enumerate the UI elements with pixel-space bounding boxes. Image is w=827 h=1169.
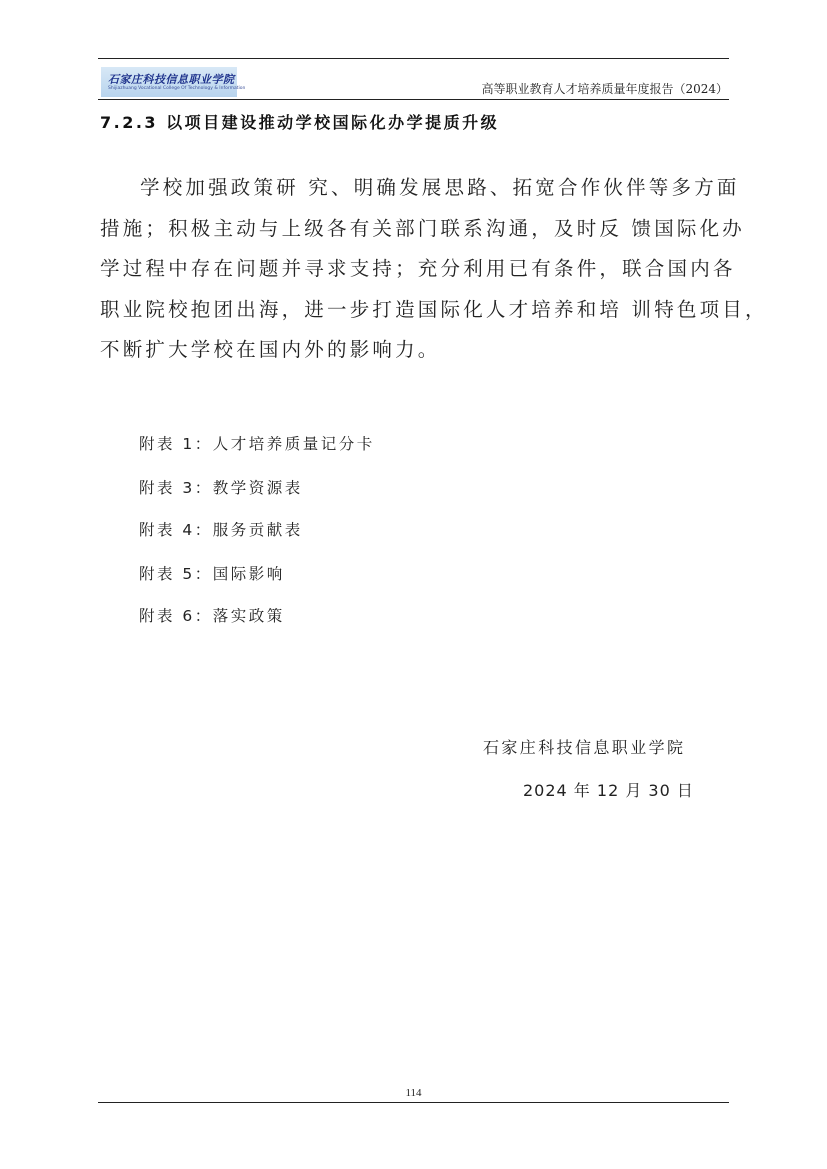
page-number: 114 xyxy=(0,1087,827,1099)
signature-date: 2024 年 12 月 30 日 xyxy=(523,778,694,801)
header-bottom-rule xyxy=(98,99,729,100)
report-title: 高等职业教育人才培养质量年度报告（2024） xyxy=(481,80,728,97)
logo-name-en: Shijiazhuang Vocational College Of Techn… xyxy=(108,86,245,92)
appendix-item: 附表 6：落实政策 xyxy=(139,604,285,626)
body-paragraph: 学校加强政策研 究、明确发展思路、拓宽合作伙伴等多方面 措施；积极主动与上级各有… xyxy=(100,168,752,371)
section-heading: 7.2.3 以项目建设推动学校国际化办学提质升级 xyxy=(100,110,499,133)
header-top-rule xyxy=(98,58,729,59)
logo-name-cn: 石家庄科技信息职业学院 xyxy=(108,73,245,86)
paragraph-line: 学校加强政策研 究、明确发展思路、拓宽合作伙伴等多方面 xyxy=(100,168,752,209)
paragraph-line: 学过程中存在问题并寻求支持；充分利用已有条件，联合国内各 xyxy=(100,249,752,290)
footer-rule xyxy=(98,1102,729,1103)
appendix-item: 附表 4：服务贡献表 xyxy=(139,518,303,540)
paragraph-line: 措施；积极主动与上级各有关部门联系沟通，及时反 馈国际化办 xyxy=(100,209,752,250)
school-logo: 石家庄科技信息职业学院 Shijiazhuang Vocational Coll… xyxy=(101,67,237,97)
appendix-item: 附表 1：人才培养质量记分卡 xyxy=(139,432,375,454)
paragraph-line: 职业院校抱团出海，进一步打造国际化人才培养和培 训特色项目， xyxy=(100,290,752,331)
appendix-item: 附表 5：国际影响 xyxy=(139,562,285,584)
signature-organization: 石家庄科技信息职业学院 xyxy=(483,735,685,758)
paragraph-line: 不断扩大学校在国内外的影响力。 xyxy=(100,330,752,371)
appendix-item: 附表 3：教学资源表 xyxy=(139,476,303,498)
